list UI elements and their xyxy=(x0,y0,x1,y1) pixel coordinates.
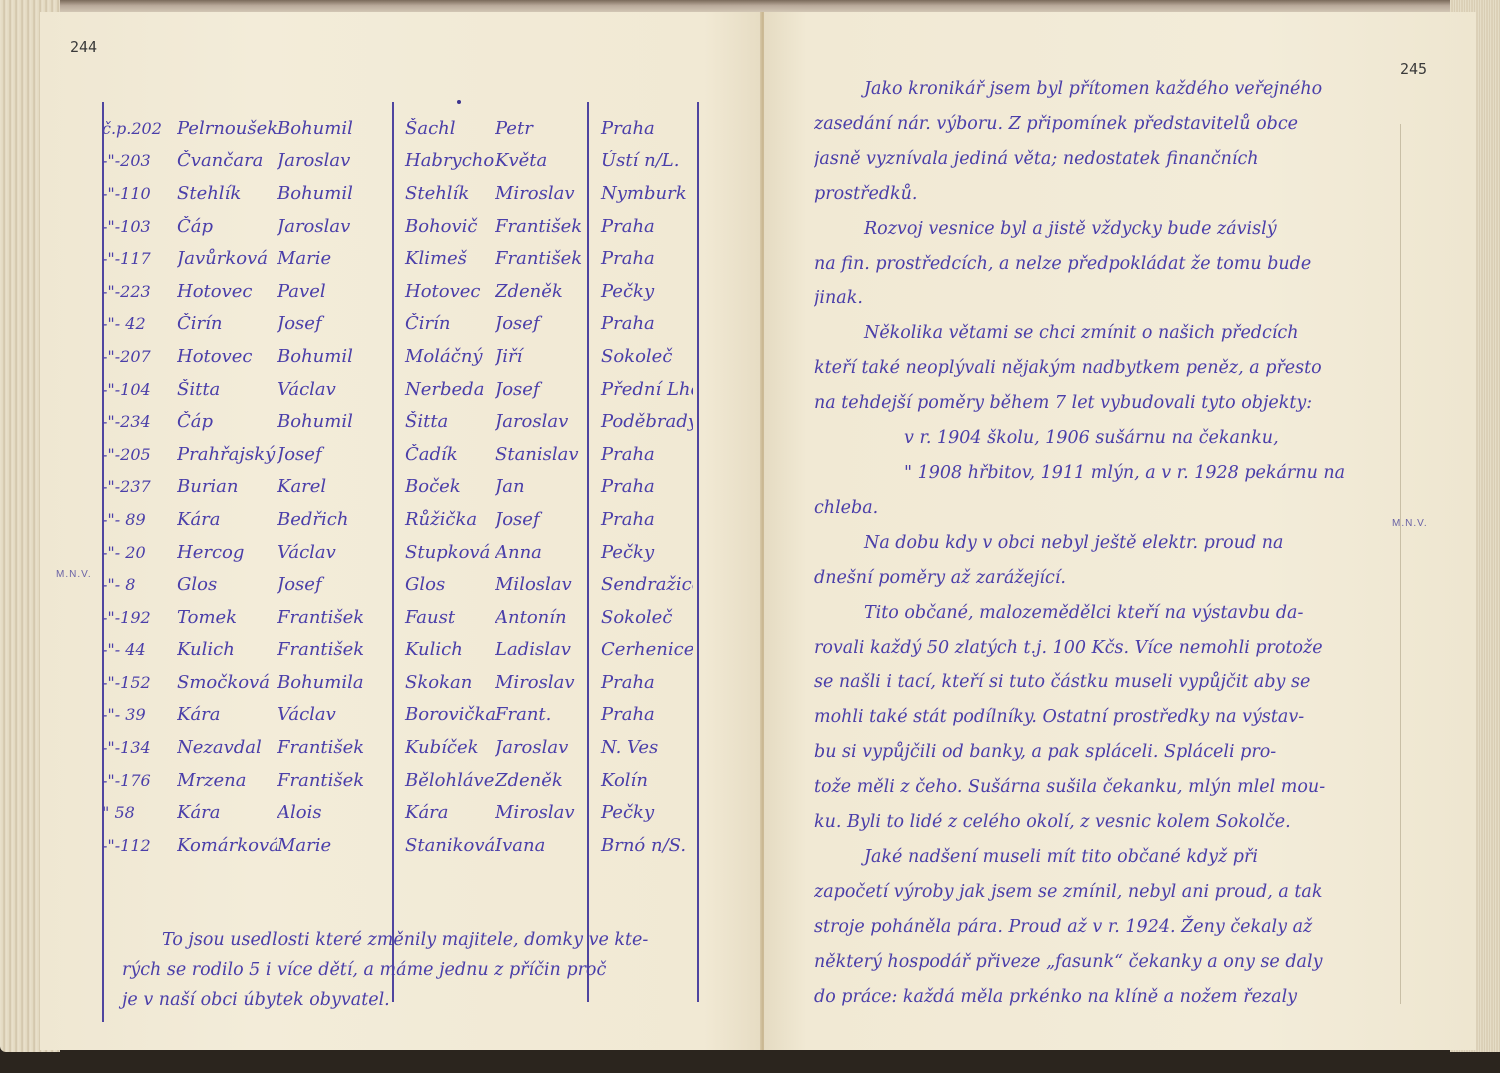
house-number-cell: -"-110 xyxy=(102,184,177,203)
text-line: Několika větami se chci zmínit o našich … xyxy=(814,316,1414,351)
margin-note-left: M.N.V. xyxy=(56,569,92,580)
new-owner-surname-cell: Stehlík xyxy=(395,183,495,204)
new-owner-first-name-cell: Miroslav xyxy=(495,672,583,693)
table-row: -"- 39KáraVáclavBorovičkaFrant.Praha xyxy=(102,699,722,732)
new-owner-residence-cell: Praha xyxy=(583,313,693,334)
house-number-cell: -"-117 xyxy=(102,249,177,268)
left-page-footnote: To jsou usedlosti které změnily majitele… xyxy=(122,925,742,1015)
table-row: -"-134NezavdalFrantišekKubíčekJaroslavN.… xyxy=(102,731,722,764)
new-owner-residence-cell: Sokoleč xyxy=(583,607,693,628)
house-number-cell: -"-237 xyxy=(102,477,177,496)
former-owner-first-name-cell: Bohumil xyxy=(277,346,395,367)
table-row: -"-176MrzenaFrantišekBělohlávekZdeněkKol… xyxy=(102,764,722,797)
footnote-line: rých se rodilo 5 i více dětí, a máme jed… xyxy=(122,955,742,985)
right-page: 245 M.N.V. Jako kronikář jsem byl přítom… xyxy=(764,12,1476,1050)
chronicle-text: Jako kronikář jsem byl přítomen každého … xyxy=(814,72,1414,1014)
new-owner-first-name-cell: Zdeněk xyxy=(495,281,583,302)
text-line: zasedání nár. výboru. Z připomínek předs… xyxy=(814,107,1414,142)
former-owner-first-name-cell: František xyxy=(277,607,395,628)
text-line: do práce: každá měla prkénko na klíně a … xyxy=(814,980,1414,1015)
former-owner-first-name-cell: Pavel xyxy=(277,281,395,302)
new-owner-residence-cell: Ústí n/L. xyxy=(583,150,693,171)
new-owner-residence-cell: Kolín xyxy=(583,770,693,791)
former-owner-first-name-cell: Karel xyxy=(277,476,395,497)
former-owner-surname-cell: Tomek xyxy=(177,607,277,628)
house-number-cell: -"-134 xyxy=(102,738,177,757)
new-owner-first-name-cell: Miroslav xyxy=(495,183,583,204)
new-owner-first-name-cell: Jiří xyxy=(495,346,583,367)
table-row: -"-205PrahřajskýJosefČadíkStanislavPraha xyxy=(102,438,722,471)
text-line: stroje poháněla pára. Proud až v r. 1924… xyxy=(814,910,1414,945)
new-owner-surname-cell: Glos xyxy=(395,574,495,595)
new-owner-first-name-cell: Jaroslav xyxy=(495,737,583,758)
table-row: -"- 89KáraBedřichRůžičkaJosefPraha xyxy=(102,503,722,536)
former-owner-first-name-cell: Marie xyxy=(277,835,395,856)
house-number-cell: -"- 44 xyxy=(102,640,177,659)
text-line: kteří také neoplývali nějakým nadbytkem … xyxy=(814,351,1414,386)
new-owner-first-name-cell: Josef xyxy=(495,313,583,334)
former-owner-first-name-cell: Bohumila xyxy=(277,672,395,693)
table-row: -"-112KomárkováMarieStanikováIvanaBrnó n… xyxy=(102,829,722,862)
former-owner-surname-cell: Hotovec xyxy=(177,281,277,302)
new-owner-surname-cell: Šachl xyxy=(395,118,495,139)
text-line: ku. Byli to lidé z celého okolí, z vesni… xyxy=(814,805,1414,840)
table-row: -"-192TomekFrantišekFaustAntonínSokoleč xyxy=(102,601,722,634)
new-owner-surname-cell: Kulich xyxy=(395,639,495,660)
new-owner-first-name-cell: Antonín xyxy=(495,607,583,628)
former-owner-surname-cell: Kulich xyxy=(177,639,277,660)
new-owner-first-name-cell: Miroslav xyxy=(495,802,583,823)
former-owner-first-name-cell: František xyxy=(277,737,395,758)
former-owner-first-name-cell: Václav xyxy=(277,379,395,400)
text-line: Na dobu kdy v obci nebyl ještě elektr. p… xyxy=(814,526,1414,561)
house-number-cell: -"-205 xyxy=(102,445,177,464)
new-owner-surname-cell: Staniková xyxy=(395,835,495,856)
former-owner-first-name-cell: Josef xyxy=(277,574,395,595)
former-owner-surname-cell: Nezavdal xyxy=(177,737,277,758)
new-owner-surname-cell: Kubíček xyxy=(395,737,495,758)
new-owner-residence-cell: Sokoleč xyxy=(583,346,693,367)
new-owner-first-name-cell: Ivana xyxy=(495,835,583,856)
new-owner-first-name-cell: František xyxy=(495,216,583,237)
text-line: na fin. prostředcích, a nelze předpoklád… xyxy=(814,247,1414,282)
new-owner-surname-cell: Bohovič xyxy=(395,216,495,237)
text-line: Rozvoj vesnice byl a jistě vždycky bude … xyxy=(814,212,1414,247)
table-row: -"- 8GlosJosefGlosMiloslavSendražice xyxy=(102,568,722,601)
new-owner-residence-cell: Přední Lhota xyxy=(583,379,693,400)
former-owner-first-name-cell: Bohumil xyxy=(277,118,395,139)
table-row: -"-103ČápJaroslavBohovičFrantišekPraha xyxy=(102,210,722,243)
new-owner-surname-cell: Faust xyxy=(395,607,495,628)
text-line: chleba. xyxy=(814,491,1414,526)
former-owner-surname-cell: Pelrnoušek xyxy=(177,118,277,139)
text-line: se našli i tací, kteří si tuto částku mu… xyxy=(814,665,1414,700)
former-owner-first-name-cell: Jaroslav xyxy=(277,216,395,237)
text-line: dnešní poměry až zarážející. xyxy=(814,561,1414,596)
new-owner-first-name-cell: Petr xyxy=(495,118,583,139)
former-owner-first-name-cell: Bedřich xyxy=(277,509,395,530)
new-owner-surname-cell: Čirín xyxy=(395,313,495,334)
new-owner-residence-cell: Pečky xyxy=(583,802,693,823)
former-owner-first-name-cell: Bohumil xyxy=(277,411,395,432)
new-owner-residence-cell: Pečky xyxy=(583,281,693,302)
former-owner-surname-cell: Kára xyxy=(177,509,277,530)
page-number-left: 244 xyxy=(70,38,97,56)
text-line: prostředků. xyxy=(814,177,1414,212)
former-owner-surname-cell: Šitta xyxy=(177,379,277,400)
text-line: Jaké nadšení museli mít tito občané když… xyxy=(814,840,1414,875)
former-owner-first-name-cell: František xyxy=(277,770,395,791)
table-row: " 58KáraAloisKáraMiroslavPečky xyxy=(102,796,722,829)
new-owner-first-name-cell: Anna xyxy=(495,542,583,563)
new-owner-residence-cell: Praha xyxy=(583,216,693,237)
former-owner-first-name-cell: Alois xyxy=(277,802,395,823)
new-owner-residence-cell: Poděbrady xyxy=(583,411,693,432)
former-owner-surname-cell: Komárková xyxy=(177,835,277,856)
table-row: -"-117JavůrkováMarieKlimešFrantišekPraha xyxy=(102,242,722,275)
new-owner-residence-cell: N. Ves xyxy=(583,737,693,758)
table-row: -"-104ŠittaVáclavNerbedaJosefPřední Lhot… xyxy=(102,373,722,406)
new-owner-first-name-cell: Josef xyxy=(495,379,583,400)
text-line: " 1908 hřbitov, 1911 mlýn, a v r. 1928 p… xyxy=(814,456,1414,491)
former-owner-surname-cell: Hercog xyxy=(177,542,277,563)
text-line: na tehdejší poměry během 7 let vybudoval… xyxy=(814,386,1414,421)
left-page: 244 M.N.V. č.p.202PelrnoušekBohumilŠachl… xyxy=(40,12,762,1050)
text-line: jinak. xyxy=(814,281,1414,316)
new-owner-residence-cell: Praha xyxy=(583,476,693,497)
former-owner-surname-cell: Čvančara xyxy=(177,150,277,171)
former-owner-first-name-cell: Bohumil xyxy=(277,183,395,204)
house-number-cell: -"- 39 xyxy=(102,705,177,724)
former-owner-first-name-cell: František xyxy=(277,639,395,660)
new-owner-surname-cell: Nerbeda xyxy=(395,379,495,400)
text-line: bu si vypůjčili od banky, a pak spláceli… xyxy=(814,735,1414,770)
new-owner-first-name-cell: Josef xyxy=(495,509,583,530)
new-owner-first-name-cell: Stanislav xyxy=(495,444,583,465)
book-scan: 244 M.N.V. č.p.202PelrnoušekBohumilŠachl… xyxy=(0,0,1500,1073)
former-owner-first-name-cell: Josef xyxy=(277,444,395,465)
house-number-cell: -"- 8 xyxy=(102,575,177,594)
former-owner-surname-cell: Kára xyxy=(177,802,277,823)
former-owner-surname-cell: Javůrková xyxy=(177,248,277,269)
table-row: -"-152SmočkováBohumilaSkokanMiroslavPrah… xyxy=(102,666,722,699)
text-line: mohli také stát podílníky. Ostatní prost… xyxy=(814,700,1414,735)
new-owner-surname-cell: Růžička xyxy=(395,509,495,530)
new-owner-surname-cell: Skokan xyxy=(395,672,495,693)
new-owner-surname-cell: Borovička xyxy=(395,704,495,725)
text-line: Jako kronikář jsem byl přítomen každého … xyxy=(814,72,1414,107)
text-line: započetí výroby jak jsem se zmínil, neby… xyxy=(814,875,1414,910)
house-number-cell: -"-234 xyxy=(102,412,177,431)
text-line: rovali každý 50 zlatých t.j. 100 Kčs. Ví… xyxy=(814,631,1414,666)
house-number-cell: -"-112 xyxy=(102,836,177,855)
house-number-cell: -"- 42 xyxy=(102,314,177,333)
former-owner-surname-cell: Čáp xyxy=(177,411,277,432)
text-line: Tito občané, malozemědělci kteří na výst… xyxy=(814,596,1414,631)
house-number-cell: -"-192 xyxy=(102,608,177,627)
new-owner-residence-cell: Pečky xyxy=(583,542,693,563)
new-owner-surname-cell: Kára xyxy=(395,802,495,823)
new-owner-surname-cell: Šitta xyxy=(395,411,495,432)
house-number-cell: -"-104 xyxy=(102,380,177,399)
table-row: -"-223HotovecPavelHotovecZdeněkPečky xyxy=(102,275,722,308)
table-row: -"- 20HercogVáclavStupkováAnnaPečky xyxy=(102,536,722,569)
new-owner-first-name-cell: Zdeněk xyxy=(495,770,583,791)
house-number-cell: -"-176 xyxy=(102,771,177,790)
new-owner-first-name-cell: Ladislav xyxy=(495,639,583,660)
new-owner-surname-cell: Boček xyxy=(395,476,495,497)
former-owner-surname-cell: Prahřajský xyxy=(177,444,277,465)
former-owner-first-name-cell: Marie xyxy=(277,248,395,269)
new-owner-first-name-cell: František xyxy=(495,248,583,269)
former-owner-first-name-cell: Jaroslav xyxy=(277,150,395,171)
former-owner-surname-cell: Hotovec xyxy=(177,346,277,367)
new-owner-residence-cell: Cerhenice xyxy=(583,639,693,660)
table-row: -"-207HotovecBohumilMoláčnýJiříSokoleč xyxy=(102,340,722,373)
former-owner-first-name-cell: Josef xyxy=(277,313,395,334)
new-owner-residence-cell: Praha xyxy=(583,509,693,530)
new-owner-residence-cell: Praha xyxy=(583,248,693,269)
new-owner-first-name-cell: Frant. xyxy=(495,704,583,725)
property-transfer-table: č.p.202PelrnoušekBohumilŠachlPetrPraha-"… xyxy=(102,112,722,862)
house-number-cell: -"-207 xyxy=(102,347,177,366)
new-owner-first-name-cell: Miloslav xyxy=(495,574,583,595)
house-number-cell: -"- 89 xyxy=(102,510,177,529)
table-row: -"-237BurianKarelBočekJanPraha xyxy=(102,471,722,504)
table-row: -"-110StehlíkBohumilStehlíkMiroslavNymbu… xyxy=(102,177,722,210)
new-owner-surname-cell: Stupková xyxy=(395,542,495,563)
table-row: -"- 44KulichFrantišekKulichLadislavCerhe… xyxy=(102,634,722,667)
new-owner-first-name-cell: Jan xyxy=(495,476,583,497)
new-owner-surname-cell: Habrychová xyxy=(395,150,495,171)
former-owner-surname-cell: Mrzena xyxy=(177,770,277,791)
footnote-line: To jsou usedlosti které změnily majitele… xyxy=(122,925,742,955)
former-owner-surname-cell: Smočková xyxy=(177,672,277,693)
former-owner-first-name-cell: Václav xyxy=(277,542,395,563)
text-line: jasně vyznívala jediná věta; nedostatek … xyxy=(814,142,1414,177)
new-owner-surname-cell: Moláčný xyxy=(395,346,495,367)
new-owner-surname-cell: Hotovec xyxy=(395,281,495,302)
house-number-cell: -"-203 xyxy=(102,151,177,170)
new-owner-residence-cell: Praha xyxy=(583,704,693,725)
new-owner-surname-cell: Čadík xyxy=(395,444,495,465)
house-number-cell: " 58 xyxy=(102,803,177,822)
house-number-cell: č.p.202 xyxy=(102,119,177,138)
text-line: tože měli z čeho. Sušárna sušila čekanku… xyxy=(814,770,1414,805)
house-number-cell: -"-103 xyxy=(102,217,177,236)
house-number-cell: -"-223 xyxy=(102,282,177,301)
former-owner-surname-cell: Čáp xyxy=(177,216,277,237)
ink-dot xyxy=(457,100,461,104)
new-owner-residence-cell: Nymburk xyxy=(583,183,693,204)
new-owner-surname-cell: Bělohlávek xyxy=(395,770,495,791)
new-owner-residence-cell: Praha xyxy=(583,672,693,693)
new-owner-first-name-cell: Květa xyxy=(495,150,583,171)
new-owner-residence-cell: Praha xyxy=(583,444,693,465)
new-owner-residence-cell: Brnó n/S. xyxy=(583,835,693,856)
text-line: v r. 1904 školu, 1906 sušárnu na čekanku… xyxy=(814,421,1414,456)
former-owner-surname-cell: Kára xyxy=(177,704,277,725)
former-owner-first-name-cell: Václav xyxy=(277,704,395,725)
table-row: -"-234ČápBohumilŠittaJaroslavPoděbrady xyxy=(102,405,722,438)
new-owner-first-name-cell: Jaroslav xyxy=(495,411,583,432)
house-number-cell: -"- 20 xyxy=(102,543,177,562)
former-owner-surname-cell: Čirín xyxy=(177,313,277,334)
former-owner-surname-cell: Burian xyxy=(177,476,277,497)
table-row: -"-203ČvančaraJaroslavHabrychováKvětaÚst… xyxy=(102,145,722,178)
new-owner-residence-cell: Sendražice xyxy=(583,574,693,595)
footnote-line: je v naší obci úbytek obyvatel. xyxy=(122,985,742,1015)
table-row: č.p.202PelrnoušekBohumilŠachlPetrPraha xyxy=(102,112,722,145)
former-owner-surname-cell: Stehlík xyxy=(177,183,277,204)
new-owner-residence-cell: Praha xyxy=(583,118,693,139)
table-row: -"- 42ČirínJosefČirínJosefPraha xyxy=(102,308,722,341)
house-number-cell: -"-152 xyxy=(102,673,177,692)
former-owner-surname-cell: Glos xyxy=(177,574,277,595)
text-line: některý hospodář přiveze „fasunk“ čekank… xyxy=(814,945,1414,980)
new-owner-surname-cell: Klimeš xyxy=(395,248,495,269)
